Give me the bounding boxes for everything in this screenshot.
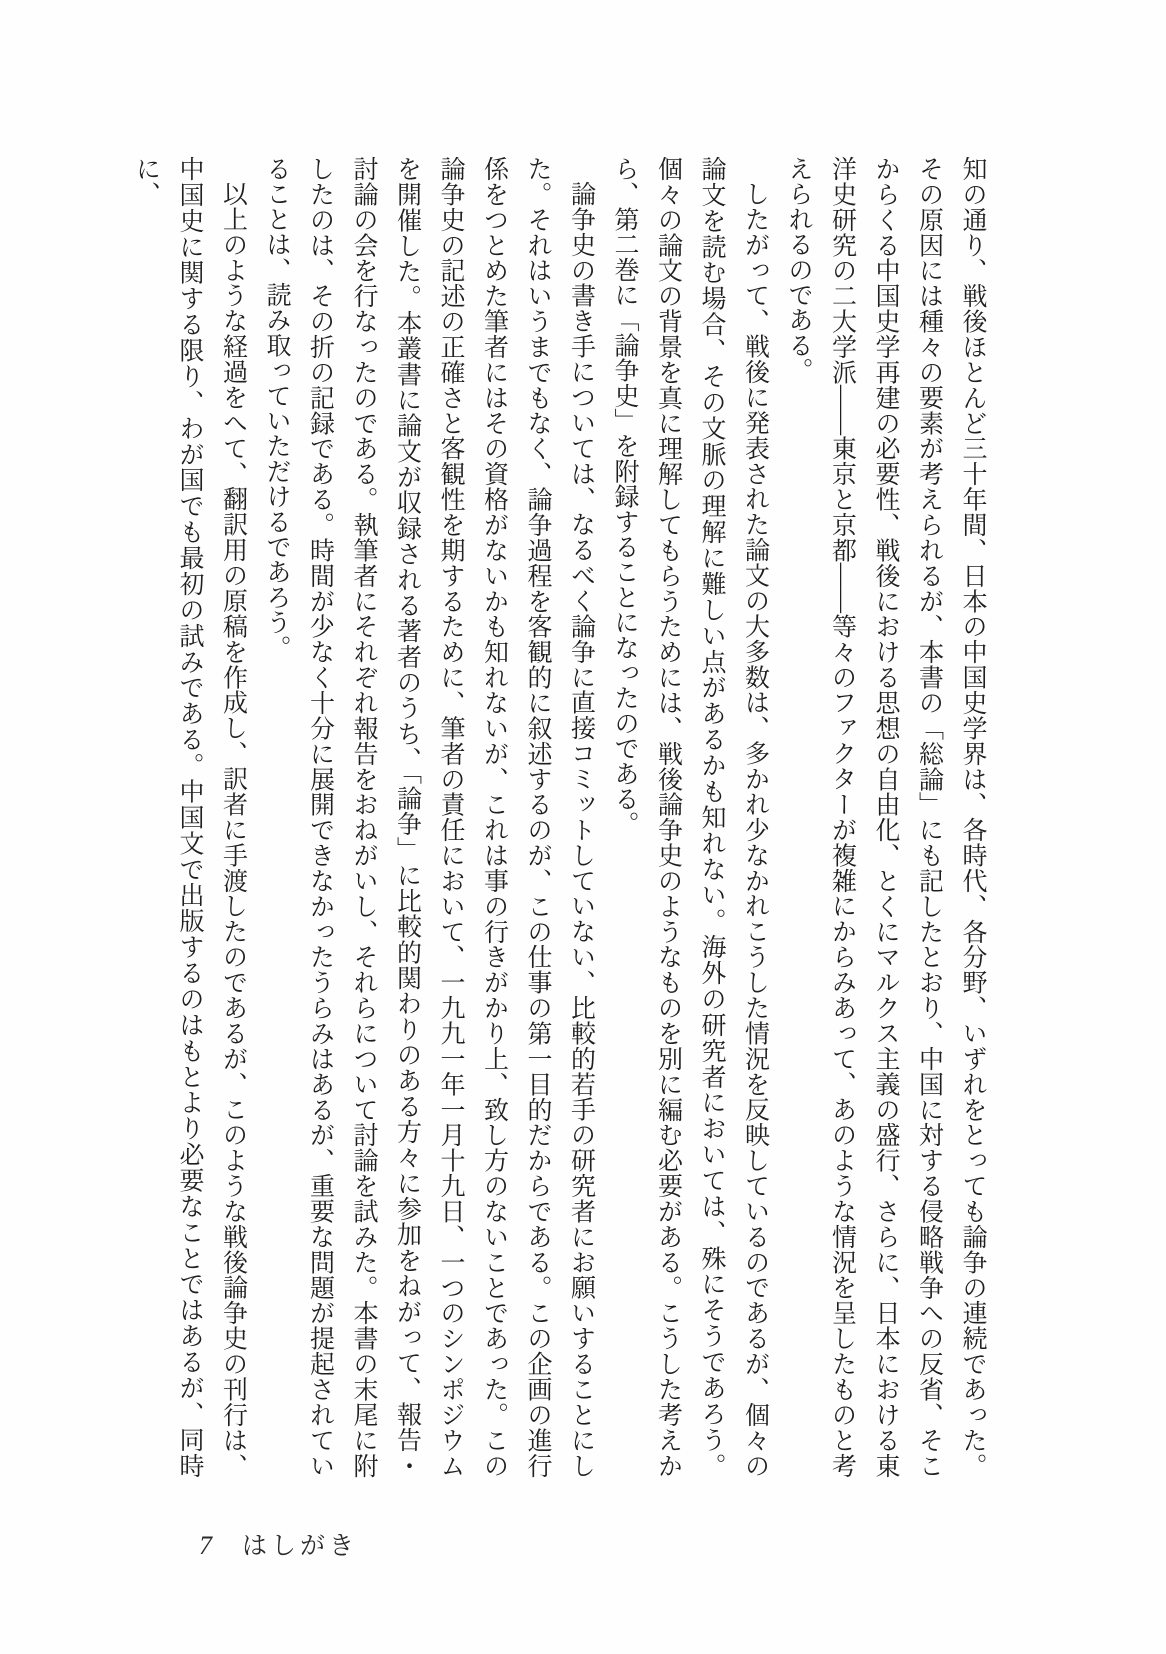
paragraph-3: 論争史の書き手については、なるべく論争に直接コミットしていない、比較的若手の研究… bbox=[255, 156, 603, 1478]
book-page: 知の通り、戦後ほとんど三十年間、日本の中国史学界は、各時代、各分野、いずれをとっ… bbox=[0, 0, 1166, 1654]
section-title: はしがき bbox=[242, 1526, 358, 1562]
page-footer: 7 はしがき bbox=[199, 1526, 358, 1562]
paragraph-2: したがって、戦後に発表された論文の大多数は、多かれ少なかれこうした情況を反映して… bbox=[603, 156, 777, 1478]
paragraph-4: 以上のような経過をへて、翻訳用の原稿を作成し、訳者に手渡したのであるが、このよう… bbox=[124, 156, 255, 1478]
page-number: 7 bbox=[199, 1531, 212, 1561]
paragraph-1: 知の通り、戦後ほとんど三十年間、日本の中国史学界は、各時代、各分野、いずれをとっ… bbox=[777, 156, 995, 1478]
preface-text-block: 知の通り、戦後ほとんど三十年間、日本の中国史学界は、各時代、各分野、いずれをとっ… bbox=[164, 156, 994, 1478]
